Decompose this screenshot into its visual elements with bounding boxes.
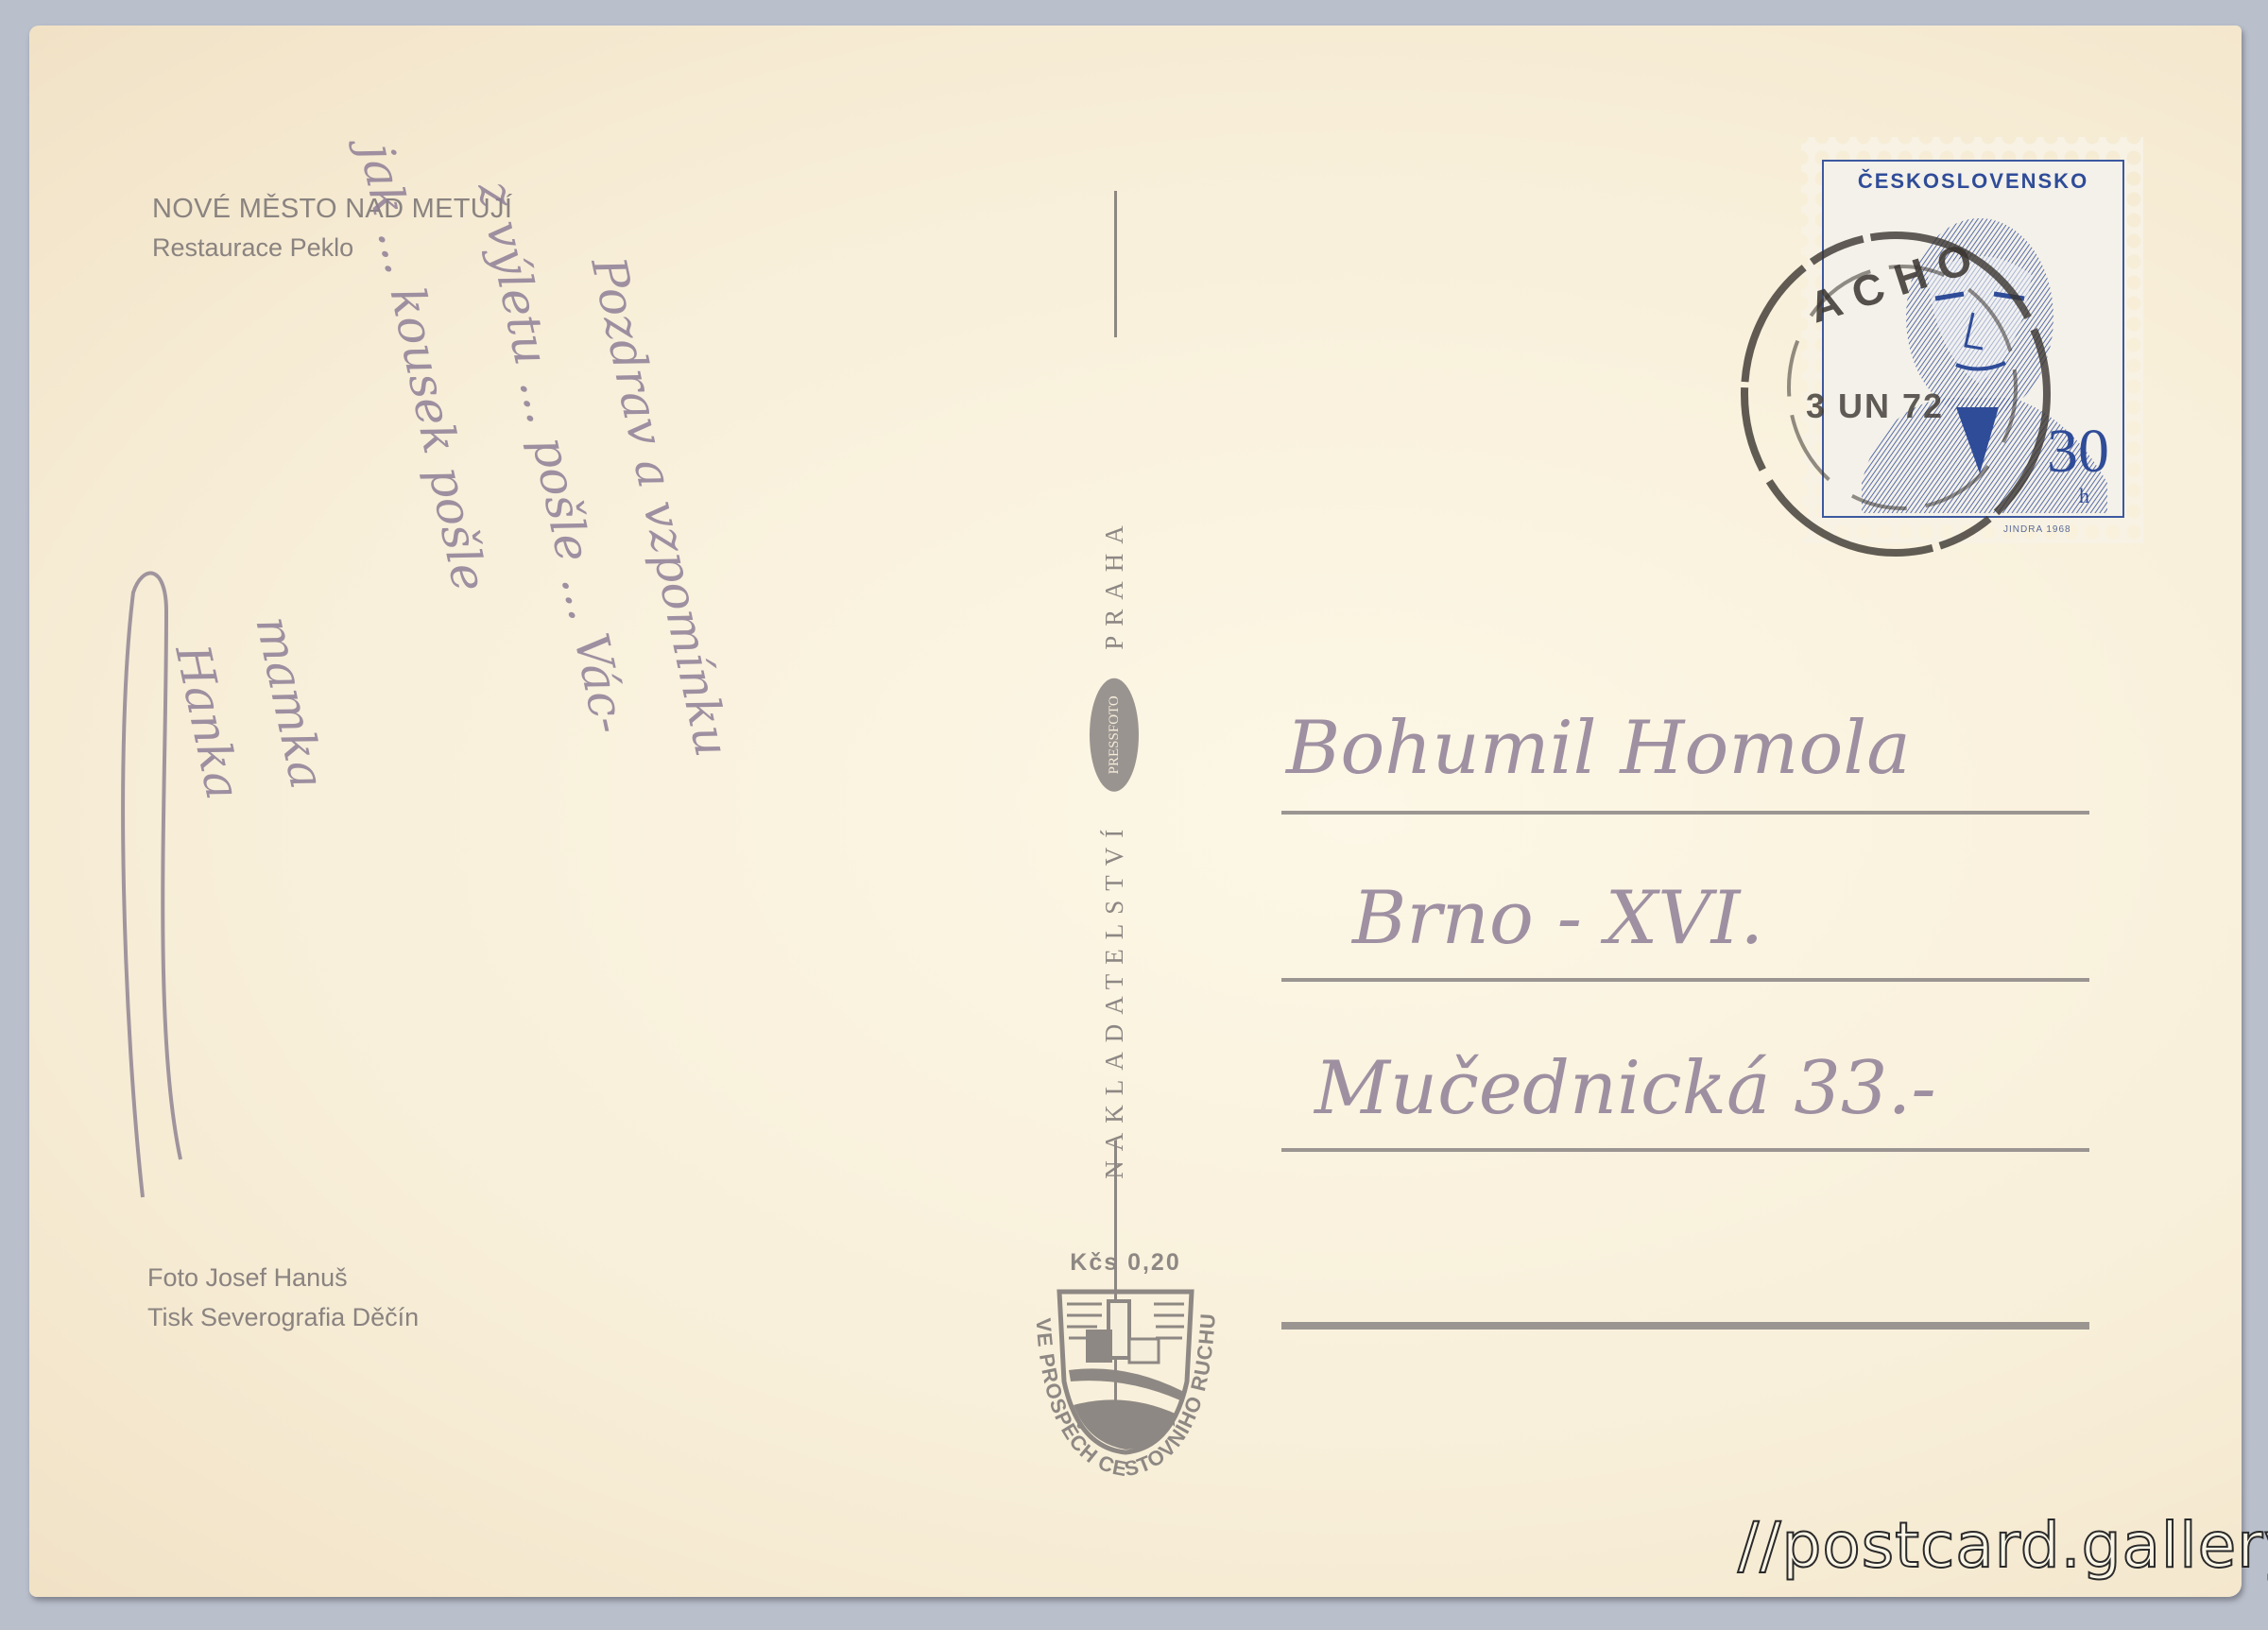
svg-text:3 UN 72: 3 UN 72 <box>1806 386 1944 425</box>
watermark: //postcard.gallery <box>1738 1509 2268 1582</box>
address-line-4 <box>1281 1322 2089 1330</box>
publisher-imprint: NAKLADATELSTVÍ PRESSFOTO PRAHA <box>1090 516 1139 1179</box>
print-credit: Tisk Severografia Děčín <box>147 1303 419 1332</box>
recipient-name: Bohumil Homola <box>1286 706 1911 791</box>
address-line-2 <box>1281 978 2089 982</box>
pressfoto-logo-icon: PRESSFOTO <box>1090 678 1139 792</box>
location-title: NOVÉ MĚSTO NAD METUJÍ <box>152 194 512 225</box>
location-subtitle: Restaurace Peklo <box>152 233 353 263</box>
signature-flourish <box>114 555 190 1216</box>
address-line-3 <box>1281 1148 2089 1152</box>
message-line: mamka <box>245 611 335 794</box>
recipient-street: Mučednická 33.- <box>1314 1046 1936 1131</box>
castle-shield-icon: VE PROSPĚCH CESTOVNÍHO RUCHU <box>1012 1249 1239 1485</box>
recipient-city: Brno - XVI. <box>1352 876 1763 961</box>
tourism-emblem: Kčs 0,20 VE PROSPĚCH CESTOVNÍHO RUCHU <box>1012 1249 1239 1485</box>
divider-line-top <box>1114 191 1117 337</box>
postmark-cancellation: ACHO 3 UN 72 <box>1730 229 2127 569</box>
photo-credit: Foto Josef Hanuš <box>147 1263 348 1293</box>
publisher-name: NAKLADATELSTVÍ <box>1100 820 1129 1179</box>
address-line-1 <box>1281 811 2089 815</box>
svg-text:ACHO: ACHO <box>1803 230 1990 333</box>
publisher-city: PRAHA <box>1100 516 1129 650</box>
postcard-back: NOVÉ MĚSTO NAD METUJÍ Restaurace Peklo P… <box>29 26 2242 1597</box>
